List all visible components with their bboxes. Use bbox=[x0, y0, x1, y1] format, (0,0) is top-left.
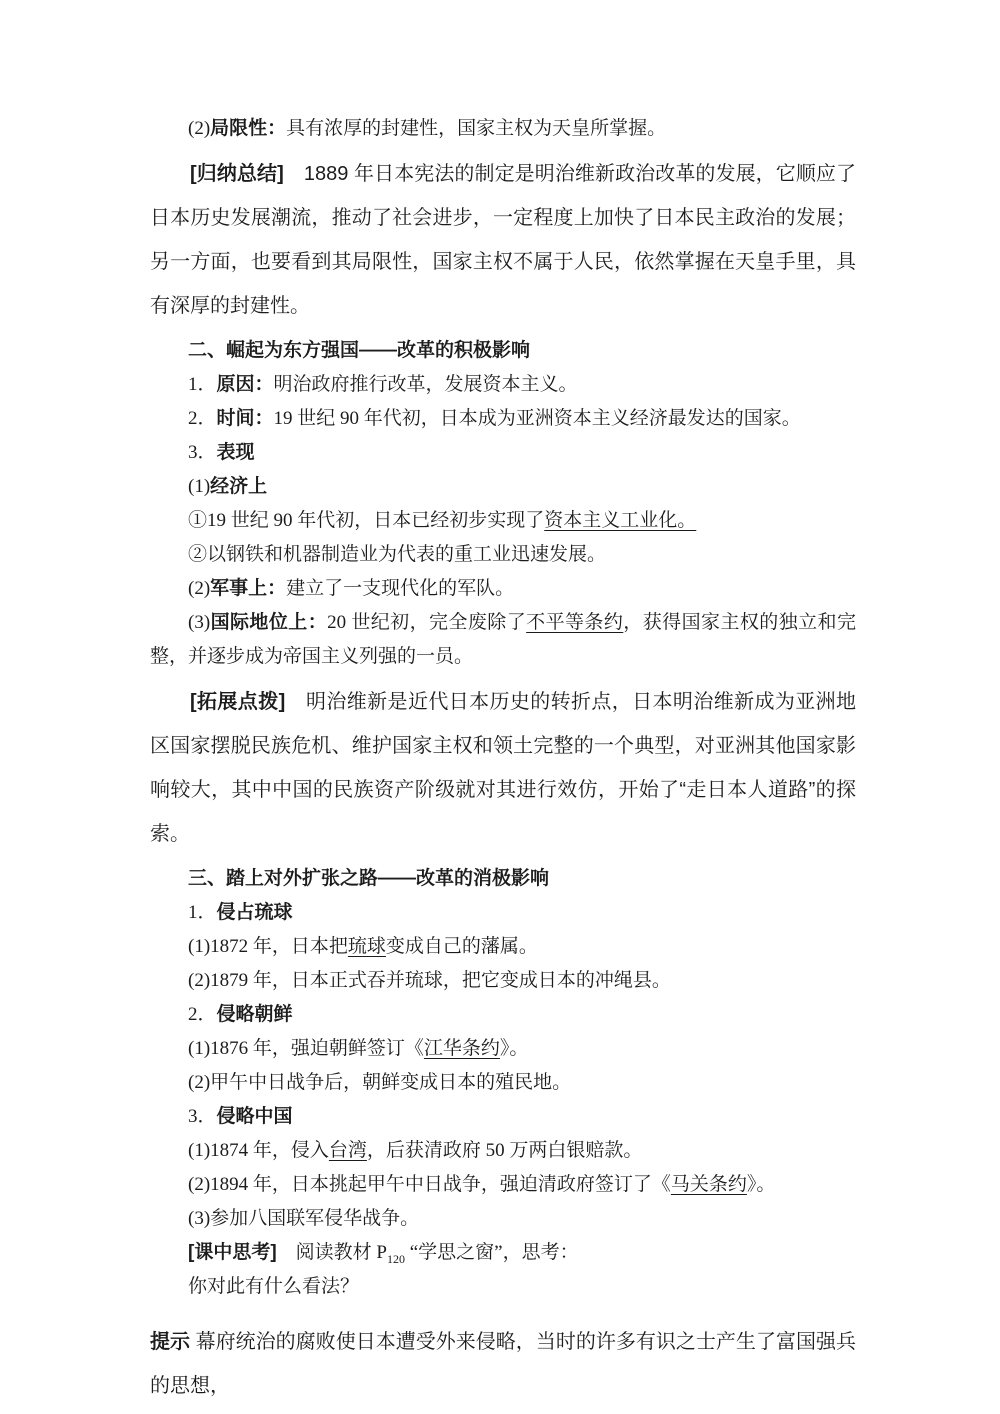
text-segment: [归纳总结] bbox=[190, 163, 284, 185]
paragraph-question: 你对此有什么看法？ bbox=[150, 1270, 856, 1304]
note-expansion-tip: [拓展点拨] 明治维新是近代日本历史的转折点，日本明治维新成为亚洲地区国家摆脱民… bbox=[150, 680, 856, 856]
detail-china-1894: (2)1894 年，日本挑起甲午中日战争，强迫清政府签订了《马关条约》。 bbox=[150, 1168, 856, 1202]
sub-item-economy: (1)经济上 bbox=[150, 470, 856, 504]
text-segment: (1)1872 年，日本把 bbox=[188, 936, 348, 957]
item-reason: 1．原因：明治政府推行改革，发展资本主义。 bbox=[150, 368, 856, 402]
item-korea: 2．侵略朝鲜 bbox=[150, 998, 856, 1032]
item-ryukyu: 1．侵占琉球 bbox=[150, 896, 856, 930]
text-segment: “学思之窗”，思考： bbox=[405, 1242, 579, 1263]
text-segment: (1) bbox=[188, 476, 210, 497]
text-segment: 军事上： bbox=[210, 578, 286, 599]
text-segment: 琉球 bbox=[348, 936, 386, 957]
text-segment: 原因： bbox=[217, 374, 274, 395]
text-segment: 侵略朝鲜 bbox=[217, 1004, 293, 1025]
text-segment: 阅读教材 P bbox=[277, 1242, 387, 1263]
text-segment: 19 世纪 90 年代初，日本成为亚洲资本主义经济最发达的国家。 bbox=[274, 408, 801, 429]
text-segment: 资本主义工业化。 bbox=[544, 510, 696, 531]
text-segment: (2) bbox=[188, 578, 210, 599]
text-segment: 二、崛起为东方强国——改革的积极影响 bbox=[188, 340, 530, 361]
text-segment: 侵占琉球 bbox=[217, 902, 293, 923]
text-segment: 3． bbox=[188, 1106, 217, 1127]
text-segment: 马关条约 bbox=[671, 1174, 747, 1195]
note-summary: [归纳总结] 1889 年日本宪法的制定是明治维新政治改革的发展，它顺应了日本历… bbox=[150, 152, 856, 328]
document-page: (2)局限性：具有浓厚的封建性，国家主权为天皇所掌握。[归纳总结] 1889 年… bbox=[0, 0, 1000, 1414]
text-segment: (3)参加八国联军侵华战争。 bbox=[188, 1208, 419, 1229]
paragraph-limitation: (2)局限性：具有浓厚的封建性，国家主权为天皇所掌握。 bbox=[150, 112, 856, 146]
detail-ryukyu-1879: (2)1879 年，日本正式吞并琉球，把它变成日本的冲绳县。 bbox=[150, 964, 856, 998]
document-content: (2)局限性：具有浓厚的封建性，国家主权为天皇所掌握。[归纳总结] 1889 年… bbox=[150, 112, 856, 1408]
text-segment: 局限性： bbox=[210, 118, 286, 139]
detail-china-1874: (1)1874 年，侵入台湾，后获清政府 50 万两白银赔款。 bbox=[150, 1134, 856, 1168]
text-segment: 幕府统治的腐败使日本遭受外来侵略，当时的许多有识之士产生了富国强兵的思想， bbox=[150, 1331, 856, 1397]
text-segment: (3) bbox=[188, 612, 210, 633]
section-heading-negative: 三、踏上对外扩张之路——改革的消极影响 bbox=[150, 862, 856, 896]
text-segment: [课中思考] bbox=[188, 1242, 277, 1263]
detail-industrialization: ①19 世纪 90 年代初，日本已经初步实现了资本主义工业化。 bbox=[150, 504, 856, 538]
text-segment: (2)甲午中日战争后，朝鲜变成日本的殖民地。 bbox=[188, 1072, 571, 1093]
text-segment: 20 世纪初，完全废除了 bbox=[327, 612, 526, 633]
detail-ryukyu-1872: (1)1872 年，日本把琉球变成自己的藩属。 bbox=[150, 930, 856, 964]
text-segment: ②以钢铁和机器制造业为代表的重工业迅速发展。 bbox=[188, 544, 606, 565]
detail-china-allied-forces: (3)参加八国联军侵华战争。 bbox=[150, 1202, 856, 1236]
note-hint: 提示 幕府统治的腐败使日本遭受外来侵略，当时的许多有识之士产生了富国强兵的思想， bbox=[150, 1320, 856, 1408]
paragraph-class-thinking: [课中思考] 阅读教材 P120 “学思之窗”，思考： bbox=[150, 1236, 856, 1270]
text-segment: 2． bbox=[188, 1004, 217, 1025]
text-segment: ，后获清政府 50 万两白银赔款。 bbox=[367, 1140, 643, 1161]
text-segment: 变成自己的藩属。 bbox=[386, 936, 538, 957]
text-segment: 1889 年日本宪法的制定是明治维新政治改革的发展，它顺应了日本历史发展潮流，推… bbox=[150, 163, 856, 317]
text-segment: 表现 bbox=[217, 442, 255, 463]
text-segment: ①19 世纪 90 年代初，日本已经初步实现了 bbox=[188, 510, 544, 531]
text-segment: 国际地位上： bbox=[210, 612, 327, 633]
detail-heavy-industry: ②以钢铁和机器制造业为代表的重工业迅速发展。 bbox=[150, 538, 856, 572]
text-segment: 120 bbox=[387, 1252, 405, 1266]
text-segment: 3． bbox=[188, 442, 217, 463]
text-segment: 1． bbox=[188, 902, 217, 923]
text-segment: 》。 bbox=[747, 1174, 776, 1195]
text-segment: 建立了一支现代化的军队。 bbox=[286, 578, 514, 599]
sub-item-international-status: (3)国际地位上：20 世纪初，完全废除了不平等条约，获得国家主权的独立和完整，… bbox=[150, 606, 856, 674]
text-segment: 江华条约 bbox=[424, 1038, 500, 1059]
text-segment: 侵略中国 bbox=[217, 1106, 293, 1127]
text-segment: 2． bbox=[188, 408, 217, 429]
text-segment: 经济上 bbox=[210, 476, 267, 497]
text-segment: (2)1894 年，日本挑起甲午中日战争，强迫清政府签订了《 bbox=[188, 1174, 671, 1195]
text-segment: 不平等条约 bbox=[526, 612, 623, 633]
item-china: 3．侵略中国 bbox=[150, 1100, 856, 1134]
item-performance: 3．表现 bbox=[150, 436, 856, 470]
text-segment: 时间： bbox=[217, 408, 274, 429]
detail-korea-colony: (2)甲午中日战争后，朝鲜变成日本的殖民地。 bbox=[150, 1066, 856, 1100]
text-segment: [拓展点拨] bbox=[190, 691, 285, 713]
section-heading-positive: 二、崛起为东方强国——改革的积极影响 bbox=[150, 334, 856, 368]
text-segment: (1)1876 年，强迫朝鲜签订《 bbox=[188, 1038, 424, 1059]
text-segment: 明治维新是近代日本历史的转折点，日本明治维新成为亚洲地区国家摆脱民族危机、维护国… bbox=[150, 691, 856, 845]
text-segment: 提示 bbox=[150, 1331, 190, 1353]
text-segment: 明治政府推行改革，发展资本主义。 bbox=[274, 374, 578, 395]
text-segment: 台湾 bbox=[329, 1140, 367, 1161]
detail-korea-1876: (1)1876 年，强迫朝鲜签订《江华条约》。 bbox=[150, 1032, 856, 1066]
sub-item-military: (2)军事上：建立了一支现代化的军队。 bbox=[150, 572, 856, 606]
text-segment: 具有浓厚的封建性，国家主权为天皇所掌握。 bbox=[286, 118, 666, 139]
text-segment: 》。 bbox=[500, 1038, 529, 1059]
text-segment: (1)1874 年，侵入 bbox=[188, 1140, 329, 1161]
text-segment: 1． bbox=[188, 374, 217, 395]
item-time: 2．时间：19 世纪 90 年代初，日本成为亚洲资本主义经济最发达的国家。 bbox=[150, 402, 856, 436]
text-segment: (2) bbox=[188, 118, 210, 139]
text-segment: (2)1879 年，日本正式吞并琉球，把它变成日本的冲绳县。 bbox=[188, 970, 671, 991]
text-segment: 三、踏上对外扩张之路——改革的消极影响 bbox=[188, 868, 549, 889]
text-segment: 你对此有什么看法？ bbox=[188, 1276, 359, 1297]
